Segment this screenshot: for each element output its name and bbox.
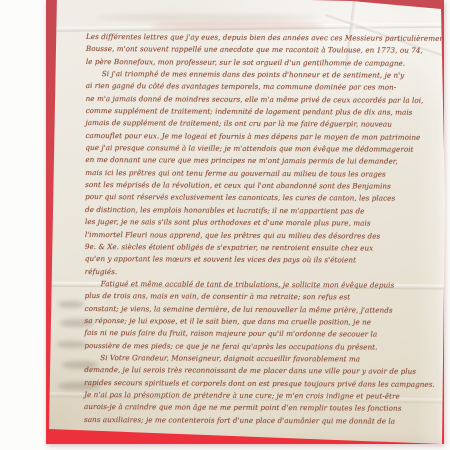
ink-showthrough-smudge — [57, 341, 87, 348]
ink-showthrough-smudge — [58, 301, 84, 308]
manuscript-line: plus de trois ans, mais en vain, de cons… — [85, 290, 433, 304]
manuscript-line: sans auxiliaires; je me contenterois for… — [84, 414, 432, 428]
ink-showthrough-smudge — [96, 14, 316, 21]
letter-text: Les différentes lettres que j'ay eues, d… — [84, 31, 434, 428]
ink-showthrough-smear — [150, 22, 325, 30]
manuscript-page: Les différentes lettres que j'ay eues, d… — [0, 0, 450, 450]
photo-background: Les différentes lettres que j'ay eues, d… — [0, 0, 450, 450]
manuscript-line: qu'en y apportant les mœurs et souvent l… — [85, 253, 433, 267]
manuscript-line: les juger, je ne sais s'ils sont plus or… — [85, 216, 433, 230]
